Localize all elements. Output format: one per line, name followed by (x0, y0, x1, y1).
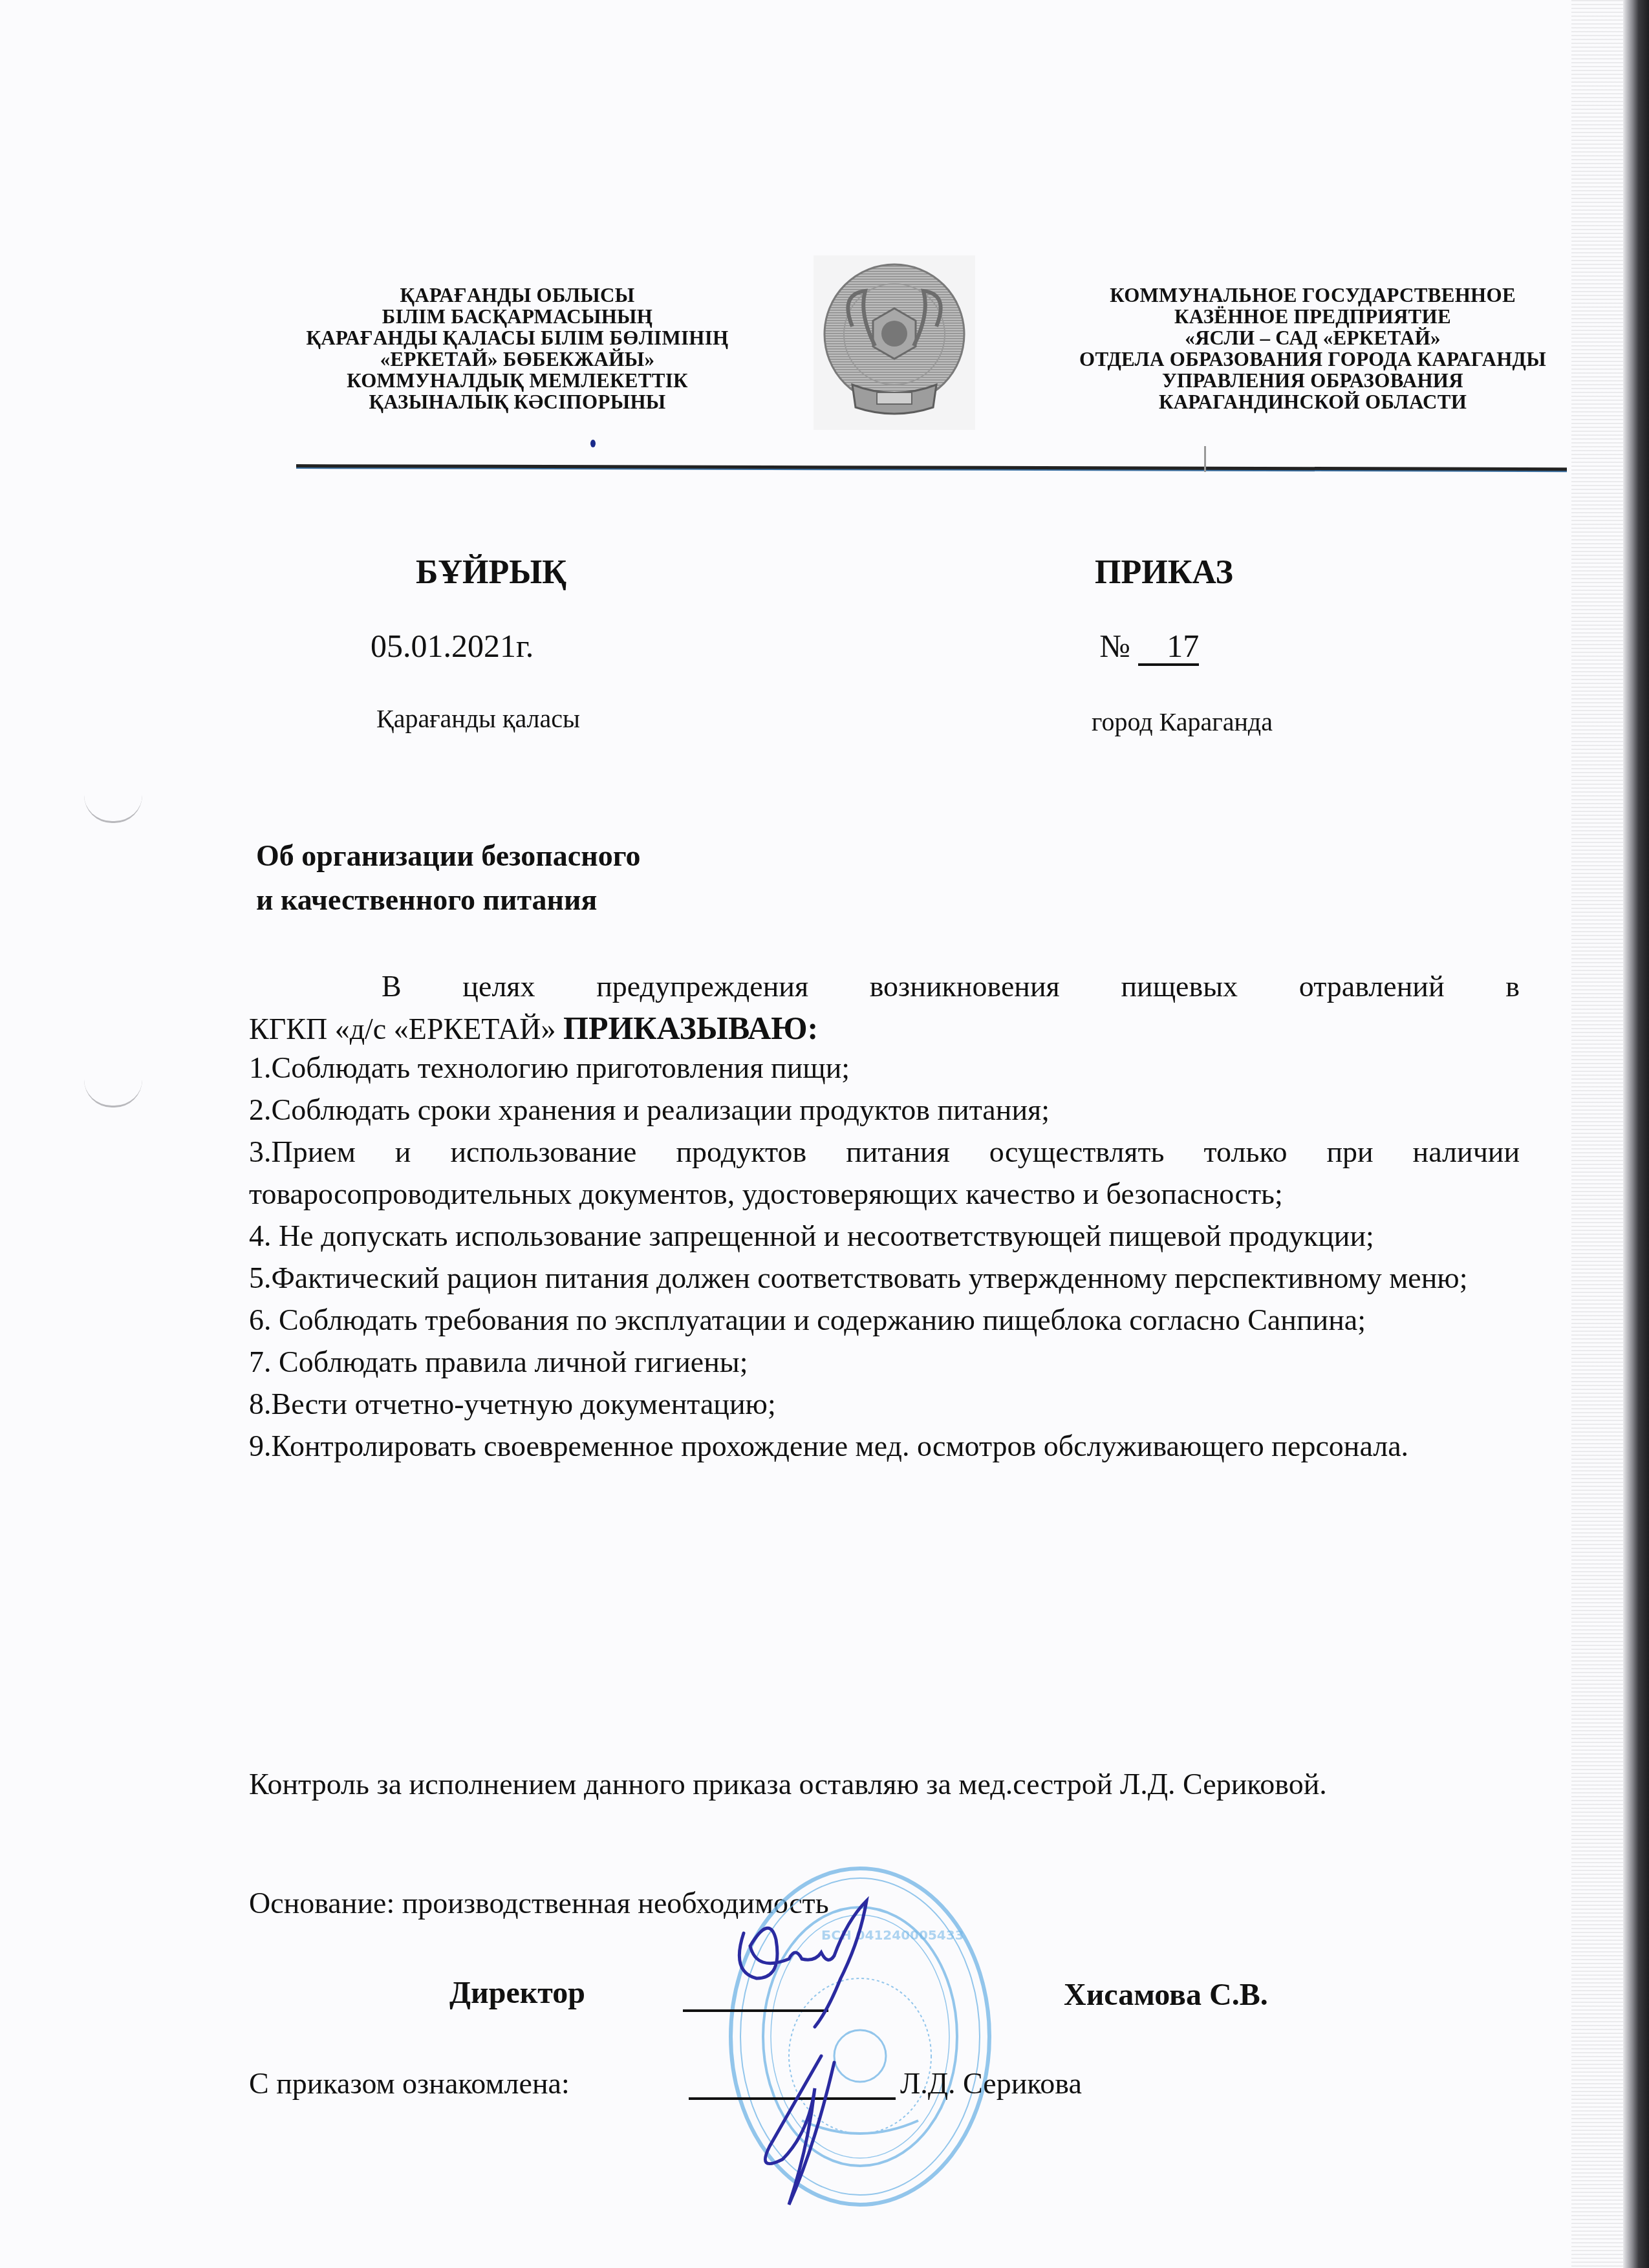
acquainted-label: С приказом ознакомлена: (249, 2066, 570, 2101)
header-kz-line: КОММУНАЛДЫҚ МЕМЛЕКЕТТІК (259, 370, 776, 391)
state-emblem-icon (814, 255, 975, 430)
subject-line-1: Об организации безопасного (256, 834, 640, 878)
header-kz-line: «ЕРКЕТАЙ» БӨБЕКЖАЙЫ» (259, 348, 776, 370)
acquainted-name: Л.Д. Серикова (900, 2066, 1082, 2101)
header-ru-line: КАРАГАНДИНСКОЙ ОБЛАСТИ (1022, 391, 1604, 412)
order-item: 6. Соблюдать требования по эксплуатации … (249, 1299, 1520, 1341)
header-ru-line: ОТДЕЛА ОБРАЗОВАНИЯ ГОРОДА КАРАГАНДЫ (1022, 348, 1604, 370)
city-russian: город Караганда (1092, 707, 1273, 737)
order-date: 05.01.2021г. (371, 627, 533, 665)
control-clause: Контроль за исполнением данного приказа … (249, 1763, 1520, 1805)
order-title-russian: ПРИКАЗ (1095, 553, 1233, 592)
header-kz-line: ҚАРАҒАНДЫ ОБЛЫСЫ (259, 284, 776, 306)
header-russian: КОММУНАЛЬНОЕ ГОСУДАРСТВЕННОЕ КАЗЁННОЕ ПР… (1022, 284, 1604, 412)
header-kazakh: ҚАРАҒАНДЫ ОБЛЫСЫ БІЛІМ БАСҚАРМАСЫНЫҢ ҚАР… (259, 284, 776, 412)
order-title-kazakh: БҰЙРЫҚ (416, 553, 566, 592)
order-number: № 17 (1099, 627, 1199, 666)
svg-text:БСН 041240005433: БСН 041240005433 (821, 1927, 964, 1943)
header-divider (296, 464, 1567, 471)
acquainted-signature-line (689, 2097, 896, 2100)
acquainted-signature-icon (744, 2049, 841, 2218)
order-subject: Об организации безопасного и качественно… (256, 834, 640, 922)
basis-clause: Основание: производственная необходимост… (249, 1886, 829, 1920)
order-item: 1.Соблюдать технологию приготовления пищ… (249, 1047, 1520, 1089)
punch-hole-bottom (84, 1080, 142, 1107)
number-sign: № (1099, 628, 1130, 664)
order-item: 8.Вести отчетно-учетную документацию; (249, 1383, 1520, 1425)
order-item: 2.Соблюдать сроки хранения и реализации … (249, 1089, 1520, 1131)
header-kz-line: ҚАЗЫНАЛЫҚ КӘСІПОРЫНЫ (259, 391, 776, 412)
stray-mark (1204, 446, 1206, 472)
director-signature-line (683, 2009, 828, 2012)
intro-line-1: В целях предупреждения возникновения пищ… (249, 965, 1520, 1007)
order-item: 4. Не допускать использование запрещенно… (249, 1215, 1520, 1257)
punch-hole-top (84, 795, 142, 823)
header-ru-line: КОММУНАЛЬНОЕ ГОСУДАРСТВЕННОЕ (1022, 284, 1604, 306)
director-name: Хисамова С.В. (1064, 1977, 1268, 2013)
header-kz-line: БІЛІМ БАСҚАРМАСЫНЫҢ (259, 306, 776, 327)
intro-line-2: КГКП «д/с «ЕРКЕТАЙ» (249, 1012, 563, 1045)
director-title: Директор (449, 1975, 585, 2011)
subject-line-2: и качественного питания (256, 878, 640, 922)
header-ru-line: «ЯСЛИ – САД «ЕРКЕТАЙ» (1022, 327, 1604, 348)
order-item: 7. Соблюдать правила личной гигиены; (249, 1341, 1520, 1383)
order-item: 9.Контролировать своевременное прохожден… (249, 1425, 1520, 1467)
scan-edge (1623, 0, 1649, 2268)
intro-paragraph: В целях предупреждения возникновения пищ… (249, 965, 1520, 1050)
order-number-value: 17 (1138, 629, 1199, 666)
ink-dot (590, 440, 596, 447)
header-kz-line: ҚАРАҒАНДЫ ҚАЛАСЫ БІЛІМ БӨЛІМІНІҢ (259, 327, 776, 348)
city-kazakh: Қарағанды қаласы (376, 703, 580, 734)
order-item: 5.Фактический рацион питания должен соот… (249, 1257, 1520, 1299)
order-items: 1.Соблюдать технологию приготовления пищ… (249, 1047, 1520, 1467)
order-item: 3.Прием и использование продуктов питани… (249, 1131, 1520, 1215)
header-ru-line: УПРАВЛЕНИЯ ОБРАЗОВАНИЯ (1022, 370, 1604, 391)
header-ru-line: КАЗЁННОЕ ПРЕДПРИЯТИЕ (1022, 306, 1604, 327)
order-directive: ПРИКАЗЫВАЮ: (563, 1010, 818, 1046)
